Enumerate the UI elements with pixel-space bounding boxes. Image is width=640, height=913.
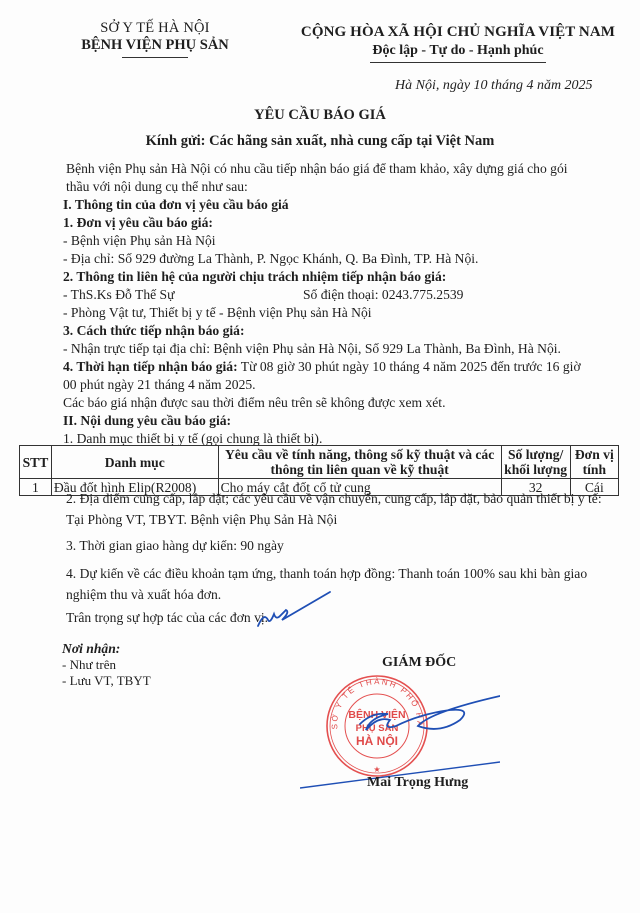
- delivery-location: 2. Địa điểm cung cấp, lắp đặt; các yêu c…: [66, 488, 606, 530]
- contact-department: - Phòng Vật tư, Thiết bị y tế - Bệnh việ…: [63, 304, 586, 322]
- nation-name: CỘNG HÒA XÃ HỘI CHỦ NGHĨA VIỆT NAM: [280, 24, 636, 41]
- section2-heading: II. Nội dung yêu cầu báo giá:: [63, 412, 586, 430]
- col-stt: STT: [20, 446, 52, 479]
- document-date: Hà Nội, ngày 10 tháng 4 năm 2025: [395, 78, 593, 94]
- department-name: SỞ Y TẾ HÀ NỘI: [70, 20, 240, 37]
- submission-method: - Nhận trực tiếp tại địa chỉ: Bệnh viện …: [63, 340, 586, 358]
- recipient-item: - Như trên: [62, 657, 151, 673]
- header-left-rule: [122, 57, 188, 58]
- col-unit: Đơn vị tính: [570, 446, 618, 479]
- signer-name: Mai Trọng Hưng: [367, 775, 468, 791]
- signer-title: GIÁM ĐỐC: [382, 655, 456, 671]
- recipients-heading: Nơi nhận:: [62, 641, 151, 657]
- contact-phone: Số điện thoại: 0243.775.2539: [303, 286, 463, 304]
- recipient-item: - Lưu VT, TBYT: [62, 673, 151, 689]
- recipients: Nơi nhận: - Như trên - Lưu VT, TBYT: [62, 641, 151, 689]
- document-title: YÊU CẦU BÁO GIÁ: [0, 107, 640, 124]
- col-item: Danh mục: [51, 446, 218, 479]
- requester-address: - Địa chỉ: Số 929 đường La Thành, P. Ngọ…: [63, 250, 586, 268]
- greeting: Kính gửi: Các hãng sản xuất, nhà cung cấ…: [0, 133, 640, 150]
- late-submission-note: Các báo giá nhận được sau thời điểm nêu …: [63, 394, 586, 412]
- col-quantity: Số lượng/ khối lượng: [501, 446, 570, 479]
- cell-stt: 1: [20, 479, 52, 496]
- sub3-heading: 3. Cách thức tiếp nhận báo giá:: [63, 322, 586, 340]
- intro-paragraph: Bệnh viện Phụ sản Hà Nội có nhu cầu tiếp…: [66, 160, 586, 196]
- initial-signature-icon: [250, 590, 340, 630]
- col-spec: Yêu cầu về tính năng, thông số kỹ thuật …: [218, 446, 501, 479]
- organization-name: BỆNH VIỆN PHỤ SẢN: [70, 37, 240, 54]
- contact-name: - ThS.Ks Đỗ Thế Sự: [63, 286, 303, 304]
- delivery-time: 3. Thời gian giao hàng dự kiến: 90 ngày: [66, 537, 606, 555]
- header-right-rule: [370, 62, 546, 63]
- issuing-authority: SỞ Y TẾ HÀ NỘI BỆNH VIỆN PHỤ SẢN: [70, 20, 240, 58]
- contact-row: - ThS.Ks Đỗ Thế Sự Số điện thoại: 0243.7…: [63, 286, 586, 304]
- section1-heading: I. Thông tin của đơn vị yêu cầu báo giá: [63, 196, 586, 214]
- national-motto: Độc lập - Tự do - Hạnh phúc: [280, 43, 636, 59]
- document-body: Bệnh viện Phụ sản Hà Nội có nhu cầu tiếp…: [66, 160, 586, 448]
- sub1-heading: 1. Đơn vị yêu cầu báo giá:: [63, 214, 586, 232]
- deadline-paragraph: 4. Thời hạn tiếp nhận báo giá: Từ 08 giờ…: [63, 358, 586, 394]
- requester-name: - Bệnh viện Phụ sản Hà Nội: [63, 232, 586, 250]
- national-header: CỘNG HÒA XÃ HỘI CHỦ NGHĨA VIỆT NAM Độc l…: [280, 24, 636, 63]
- table-header-row: STT Danh mục Yêu cầu về tính năng, thông…: [20, 446, 619, 479]
- sub4-heading: 4. Thời hạn tiếp nhận báo giá:: [63, 359, 238, 374]
- sub2-heading: 2. Thông tin liên hệ của người chịu trác…: [63, 268, 586, 286]
